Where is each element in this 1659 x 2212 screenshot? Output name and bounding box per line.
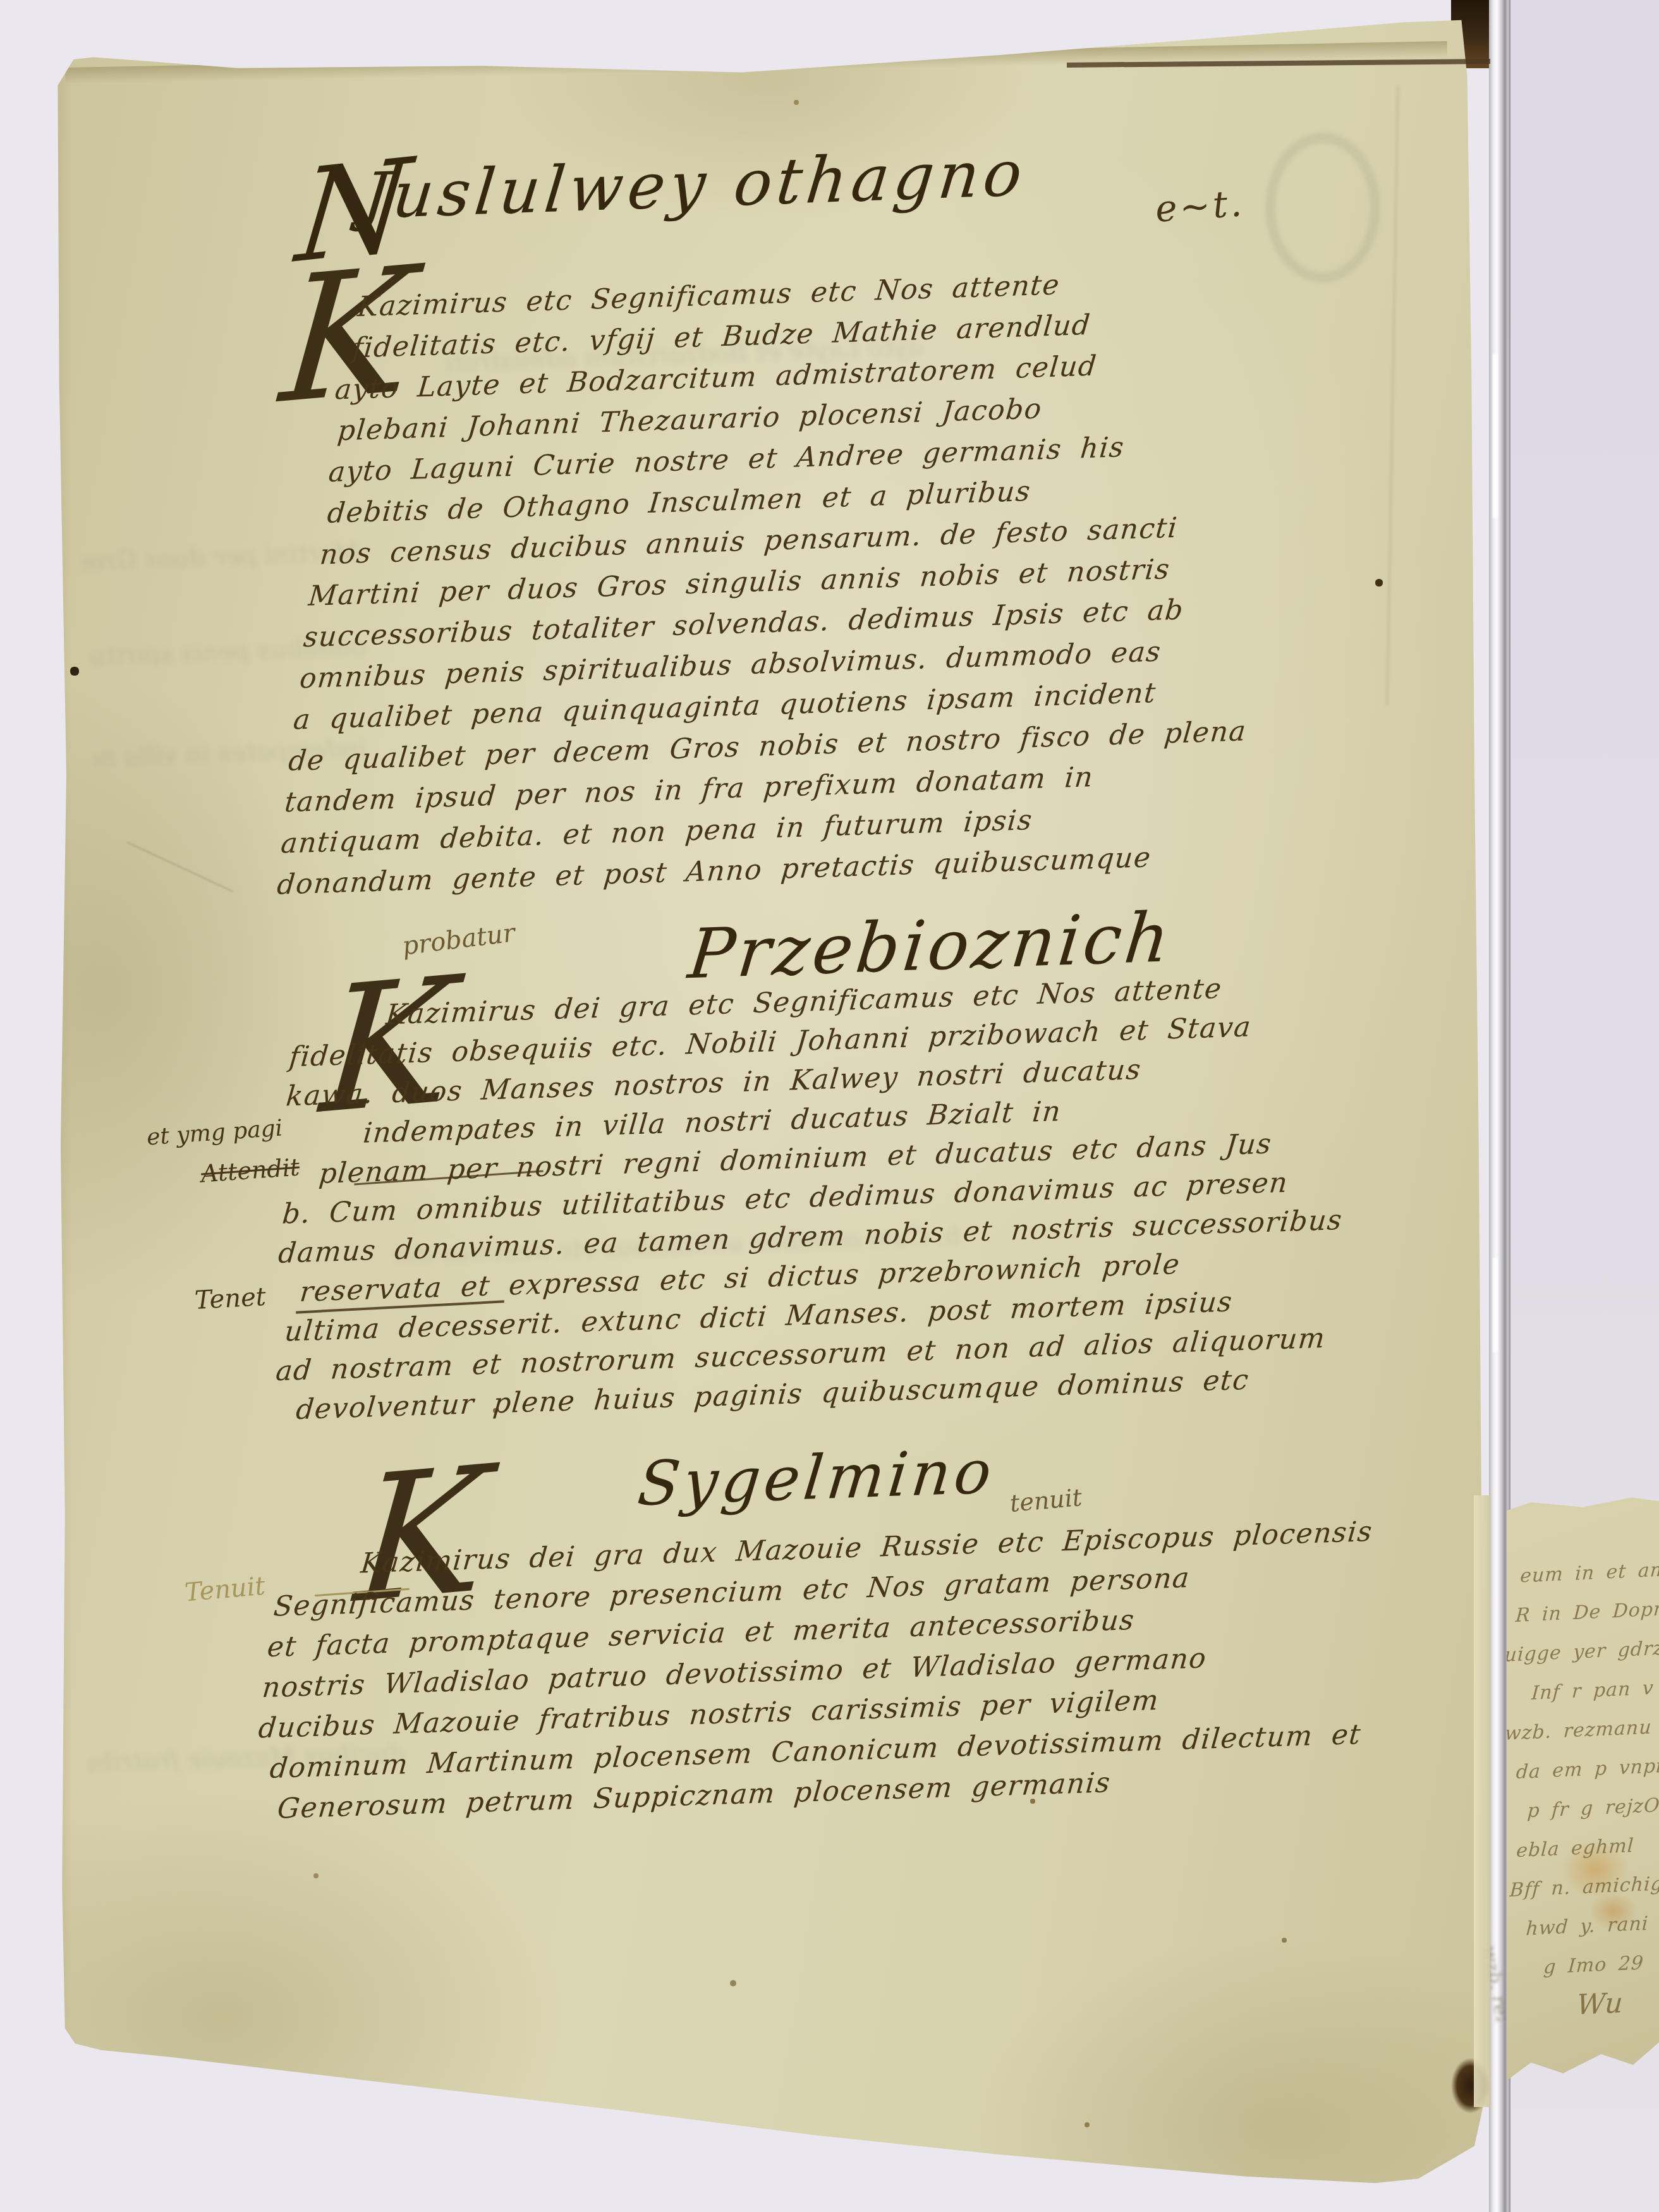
- page-deckle-edge-left: [51, 55, 72, 2061]
- fragment-text-line: g Imo 29: [1542, 1941, 1659, 1987]
- fragment-folded-edge: [1474, 1495, 1490, 2107]
- fragment-text-line: Bff n. amichig: [1509, 1863, 1659, 1910]
- fragment-text-line: uigge yer gdrzt: [1504, 1628, 1659, 1675]
- fragment-text-line: ebla eghml: [1515, 1823, 1659, 1871]
- page-holder-highlight: [1493, 1258, 1498, 1352]
- section3-body: Kazimirus dei gra dux Mazouie Russie etc…: [246, 1512, 1381, 1830]
- fragment-text-line: da em p vnpi: [1515, 1745, 1659, 1792]
- fragment-text-line: eum in et ampl: [1519, 1550, 1659, 1596]
- section3-heading-sygelmino: Sygelmino: [635, 1436, 999, 1519]
- margin-note-tenet: Tenet: [194, 1282, 267, 1315]
- fragment-text-line: wzb. rezmanu: [1504, 1706, 1659, 1754]
- fragment-text-line: hwd y. rani: [1525, 1902, 1659, 1948]
- section1-body: Kazimirus etc Segnificamus etc Nos atten…: [262, 259, 1251, 906]
- parchment-specks: [51, 11, 53, 14]
- fragment-text-block: eum in et ampl R in De Dopn y uigge yer …: [1500, 1550, 1659, 2027]
- parchment-crease: [126, 841, 233, 892]
- heading1-etc-flourish: e~t.: [1154, 181, 1246, 231]
- section2-body: Kazimirus dei gra etc Segnificamus etc N…: [253, 966, 1348, 1430]
- fragment-text-line: p fr g rejzO: [1526, 1784, 1659, 1831]
- fragment-text-line: Wu: [1576, 1980, 1659, 2025]
- page-holder-highlight: [1493, 354, 1498, 518]
- parchment-crease: [1386, 86, 1399, 705]
- manuscript-scan: ayto Layte et Bodzarcitum admistratorem …: [0, 0, 1659, 2212]
- adjacent-page-fragment: eum in et ampl R in De Dopn y uigge yer …: [1507, 1493, 1659, 2090]
- fragment-text-line: R in De Dopn y: [1514, 1589, 1659, 1636]
- fragment-text-line: Inf r pan v: [1530, 1667, 1659, 1713]
- bleedthrough-initial: [1265, 133, 1380, 283]
